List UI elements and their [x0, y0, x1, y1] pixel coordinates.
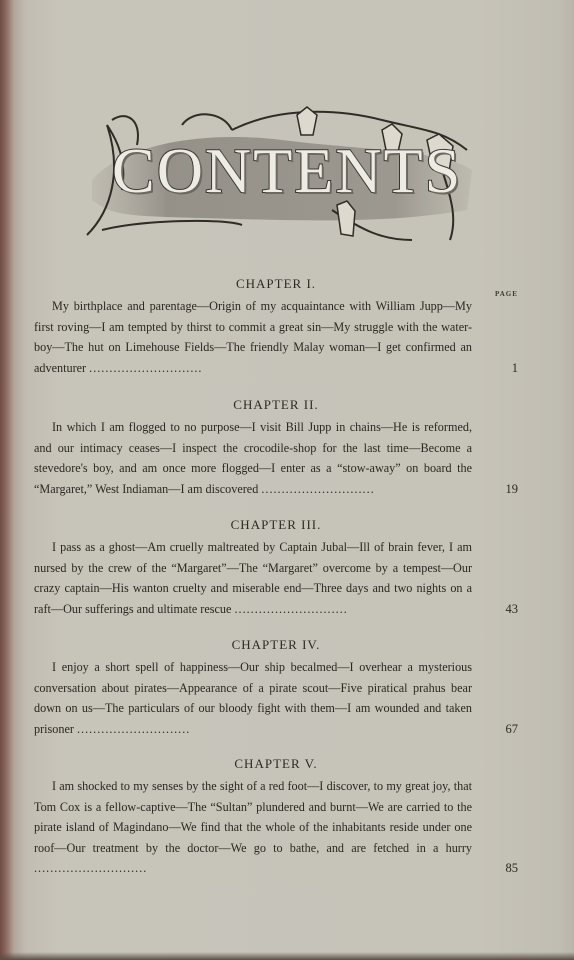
toc-entry-chapter-2[interactable]: CHAPTER II. In which I am flogged to no … [34, 397, 518, 499]
dot-leader: ............................ [89, 361, 202, 375]
chapter-heading: CHAPTER III. [34, 517, 518, 533]
chapter-summary: In which I am flogged to no purpose—I vi… [34, 417, 518, 499]
dot-leader: ............................ [34, 861, 147, 875]
contents-title: CONTENTS [112, 134, 452, 208]
dot-leader: ............................ [261, 482, 374, 496]
dot-leader: ............................ [77, 722, 190, 736]
toc-entry-chapter-1[interactable]: CHAPTER I. My birthplace and parentage—O… [34, 276, 518, 378]
toc-entry-chapter-3[interactable]: CHAPTER III. I pass as a ghost—Am cruell… [34, 517, 518, 619]
page-number[interactable]: 67 [482, 719, 518, 740]
book-page: CONTENTS PAGE CHAPTER I. My birthplace a… [0, 0, 574, 960]
summary-text: I am shocked to my senses by the sight o… [34, 779, 472, 855]
chapter-heading: CHAPTER II. [34, 397, 518, 413]
toc-entry-chapter-5[interactable]: CHAPTER V. I am shocked to my senses by … [34, 756, 518, 879]
contents-banner: CONTENTS [82, 100, 482, 250]
chapter-summary: I pass as a ghost—Am cruelly maltreated … [34, 537, 518, 619]
summary-text: In which I am flogged to no purpose—I vi… [34, 420, 472, 496]
page-number[interactable]: 1 [482, 358, 518, 379]
chapter-heading: CHAPTER I. [34, 276, 518, 292]
page-number[interactable]: 85 [482, 858, 518, 879]
chapter-summary: I enjoy a short spell of happiness—Our s… [34, 657, 518, 739]
chapter-heading: CHAPTER V. [34, 756, 518, 772]
chapter-summary: I am shocked to my senses by the sight o… [34, 776, 518, 879]
chapter-heading: CHAPTER IV. [34, 637, 518, 653]
toc-entry-chapter-4[interactable]: CHAPTER IV. I enjoy a short spell of hap… [34, 637, 518, 739]
dot-leader: ............................ [234, 602, 347, 616]
page-number[interactable]: 43 [482, 599, 518, 620]
page-number[interactable]: 19 [482, 479, 518, 500]
chapter-summary: My birthplace and parentage—Origin of my… [34, 296, 518, 378]
